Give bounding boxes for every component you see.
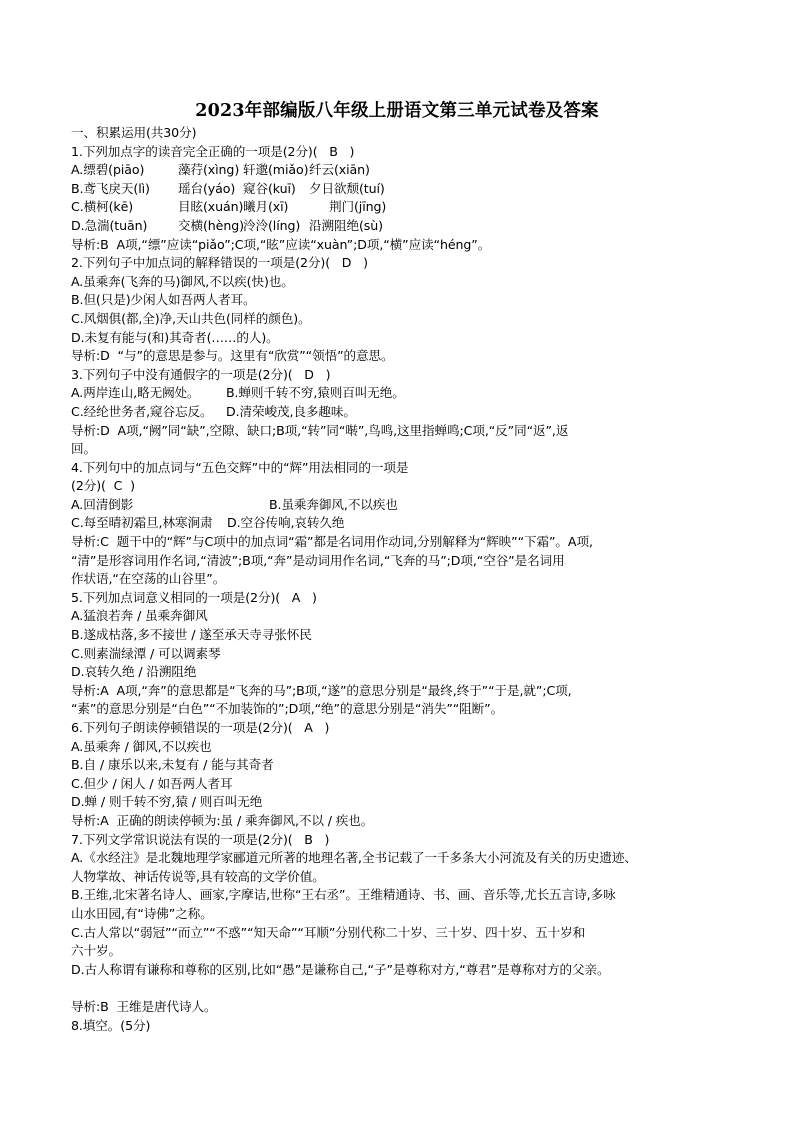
question-1: 1.下列加点字的读音完全正确的一项是(2分)( B ) A.缥碧(piāo)藻荇… — [71, 143, 751, 255]
answer-analysis-cont: 回。 — [71, 440, 751, 459]
option-a: A.猛浪若奔 / 虽乘奔御风 — [71, 607, 751, 626]
spacer — [71, 979, 751, 998]
question-stem: 6.下列句子朗读停顿错误的一项是(2分)( A ) — [71, 719, 751, 738]
answer-analysis: 导析:A 正确的朗读停顿为:虽 / 乘奔御风,不以 / 疾也。 — [71, 812, 751, 831]
option-c-cont: 六十岁。 — [71, 942, 751, 961]
option-d: D.蝉 / 则千转不穷,猿 / 则百叫无绝 — [71, 793, 751, 812]
answer-analysis: 导析:A A项,“奔”的意思都是“飞奔的马”;B项,“遂”的意思分别是“最终,终… — [71, 682, 751, 701]
options-ab: A.两岸连山,略无阙处。B.蝉则千转不穷,猿则百叫无绝。 — [71, 384, 751, 403]
option-a-cont: 人物掌故、神话传说等,具有较高的文学价值。 — [71, 868, 751, 887]
question-2: 2.下列句子中加点词的解释错误的一项是(2分)( D ) A.虽乘奔(飞奔的马)… — [71, 254, 751, 366]
answer-analysis: 导析:B A项,“缥”应读“piǎo”;C项,“眩”应读“xuàn”;D项,“横… — [71, 236, 751, 255]
option-d: D.古人称谓有谦称和尊称的区别,比如“愚”是谦称自己,“子”是尊称对方,“尊君”… — [71, 961, 751, 980]
option-a: A.《水经注》是北魏地理学家郦道元所著的地理名著,全书记载了一千多条大小河流及有… — [71, 849, 751, 868]
question-stem: 7.下列文学常识说法有误的一项是(2分)( B ) — [71, 831, 751, 850]
option-a: A.缥碧(piāo)藻荇(xìng)轩邈(miǎo)纤云(xiān) — [71, 161, 751, 180]
option-b-cont: 山水田园,有“诗佛”之称。 — [71, 905, 751, 924]
options-ab: A.回清倒影B.虽乘奔御风,不以疾也 — [71, 496, 751, 515]
option-b: B.自 / 康乐以来,未复有 / 能与其奇者 — [71, 756, 751, 775]
document-body: 一、积累运用(共30分) 1.下列加点字的读音完全正确的一项是(2分)( B )… — [71, 124, 751, 1035]
page-title: 2023年部编版八年级上册语文第三单元试卷及答案 — [0, 99, 794, 123]
option-d: D.未复有能与(和)其奇者(……的人)。 — [71, 329, 751, 348]
options-cd: C.每至晴初霜旦,林寒涧肃D.空谷传响,哀转久绝 — [71, 514, 751, 533]
question-5: 5.下列加点词意义相同的一项是(2分)( A ) A.猛浪若奔 / 虽乘奔御风 … — [71, 589, 751, 719]
document-page: 2023年部编版八年级上册语文第三单元试卷及答案 一、积累运用(共30分) 1.… — [0, 0, 794, 1123]
option-c: C.横柯(kē)目眩(xuán)曦月(xī)荆门(jīng) — [71, 198, 751, 217]
option-d: D.哀转久绝 / 沿溯阻绝 — [71, 663, 751, 682]
question-stem: 3.下列句子中没有通假字的一项是(2分)( D ) — [71, 366, 751, 385]
option-c: C.古人常以“弱冠”“而立”“不惑”“知天命”“耳顺”分别代称二十岁、三十岁、四… — [71, 924, 751, 943]
section-heading: 一、积累运用(共30分) — [71, 124, 751, 143]
option-c: C.则素湍绿潭 / 可以调素琴 — [71, 645, 751, 664]
answer-analysis-cont: 作状语,“在空荡的山谷里”。 — [71, 570, 751, 589]
question-4: 4.下列句中的加点词与“五色交辉”中的“辉”用法相同的一项是 (2分)( C )… — [71, 459, 751, 589]
answer-analysis: 导析:B 王维是唐代诗人。 — [71, 998, 751, 1017]
option-c: C.风烟俱(都,全)净,天山共色(同样的颜色)。 — [71, 310, 751, 329]
option-a: A.虽乘奔 / 御风,不以疾也 — [71, 738, 751, 757]
question-7: 7.下列文学常识说法有误的一项是(2分)( B ) A.《水经注》是北魏地理学家… — [71, 831, 751, 1017]
option-b: B.王维,北宋著名诗人、画家,字摩诘,世称“王右丞”。王维精通诗、书、画、音乐等… — [71, 886, 751, 905]
question-6: 6.下列句子朗读停顿错误的一项是(2分)( A ) A.虽乘奔 / 御风,不以疾… — [71, 719, 751, 831]
question-stem: 5.下列加点词意义相同的一项是(2分)( A ) — [71, 589, 751, 608]
option-d: D.急湍(tuān)交横(hèng)泠泠(líng)沿溯阻绝(sù) — [71, 217, 751, 236]
question-stem: 2.下列句子中加点词的解释错误的一项是(2分)( D ) — [71, 254, 751, 273]
answer-analysis: 导析:C 题干中的“辉”与C项中的加点词“霜”都是名词用作动词,分别解释为“辉映… — [71, 533, 751, 552]
options-cd: C.经纶世务者,窥谷忘反。D.清荣峻茂,良多趣味。 — [71, 403, 751, 422]
option-a: A.虽乘奔(飞奔的马)御风,不以疾(快)也。 — [71, 273, 751, 292]
answer-analysis-cont: “素”的意思分别是“白色”“不加装饰的”;D项,“绝”的意思分别是“消失”“阻断… — [71, 700, 751, 719]
answer-analysis-cont: “清”是形容词用作名词,“清波”;B项,“奔”是动词用作名词,“飞奔的马”;D项… — [71, 552, 751, 571]
answer-analysis: 导析:D A项,“阙”同“缺”,空隙、缺口;B项,“转”同“啭”,鸟鸣,这里指蝉… — [71, 422, 751, 441]
question-stem: 1.下列加点字的读音完全正确的一项是(2分)( B ) — [71, 143, 751, 162]
answer-analysis: 导析:D “与”的意思是参与。这里有“欣赏”“领悟”的意思。 — [71, 347, 751, 366]
option-b: B.鸢飞戾天(lì)瑶台(yáo)窥谷(kuī)夕日欲颓(tuí) — [71, 180, 751, 199]
option-b: B.遂成枯落,多不接世 / 遂至承天寺寻张怀民 — [71, 626, 751, 645]
question-stem-cont: (2分)( C ) — [71, 477, 751, 496]
option-b: B.但(只是)少闲人如吾两人者耳。 — [71, 291, 751, 310]
question-8: 8.填空。(5分) — [71, 1017, 751, 1036]
option-c: C.但少 / 闲人 / 如吾两人者耳 — [71, 775, 751, 794]
question-3: 3.下列句子中没有通假字的一项是(2分)( D ) A.两岸连山,略无阙处。B.… — [71, 366, 751, 459]
question-stem: 4.下列句中的加点词与“五色交辉”中的“辉”用法相同的一项是 — [71, 459, 751, 478]
question-stem: 8.填空。(5分) — [71, 1017, 751, 1036]
